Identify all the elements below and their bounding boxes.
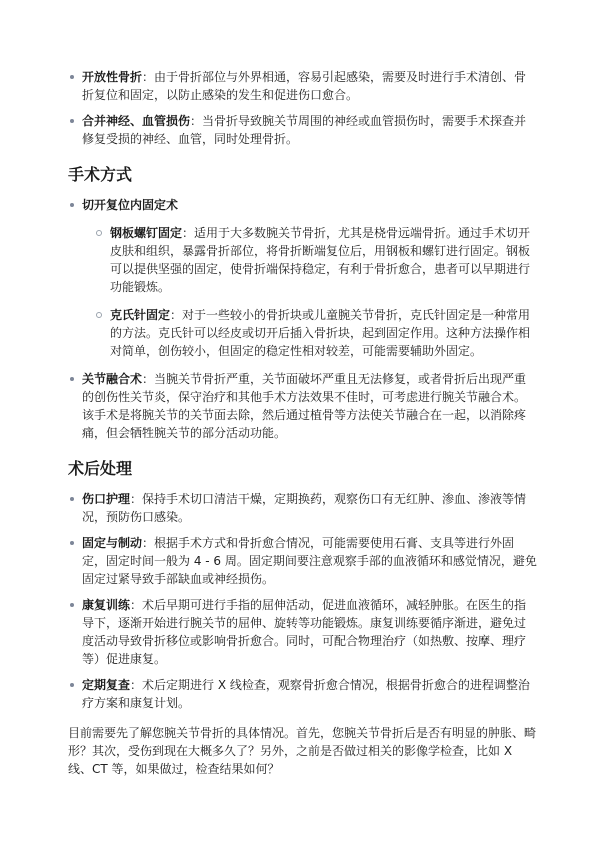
item-term: 克氏针固定 xyxy=(110,308,170,322)
bullet-dot-icon xyxy=(70,541,74,545)
bullet-dot-icon xyxy=(70,683,74,687)
item-term: 定期复查 xyxy=(82,678,130,692)
section-heading-surgical-methods: 手术方式 xyxy=(68,164,537,186)
section-heading-postop-care: 术后处理 xyxy=(68,458,537,480)
closing-paragraph: 目前需要先了解您腕关节骨折的具体情况。首先，您腕关节骨折后是否有明显的肿胀、畸形… xyxy=(68,724,537,778)
bullet-circle-icon xyxy=(96,312,102,318)
list-item-text: 伤口护理：保持手术切口清洁干燥，定期换药，观察伤口有无红肿、渗血、渗液等情况，预… xyxy=(82,492,526,524)
list-item-nerve-vessel-injury: 合并神经、血管损伤：当骨折导致腕关节周围的神经或血管损伤时，需要手术探查并修复受… xyxy=(68,112,537,148)
surgical-methods-list: 切开复位内固定术 钢板螺钉固定：适用于大多数腕关节骨折，尤其是桡骨远端骨折。通过… xyxy=(68,196,537,442)
list-item-rehabilitation: 康复训练：术后早期可进行手指的屈伸活动，促进血液循环，减轻肿胀。在医生的指导下，… xyxy=(68,596,537,668)
item-term: 切开复位内固定术 xyxy=(82,198,178,212)
item-term: 关节融合术 xyxy=(82,372,142,386)
list-item-text: 钢板螺钉固定：适用于大多数腕关节骨折，尤其是桡骨远端骨折。通过手术切开皮肤和组织… xyxy=(110,226,530,294)
item-description: ：由于骨折部位与外界相通，容易引起感染，需要及时进行手术清创、骨折复位和固定，以… xyxy=(82,70,526,102)
list-item-text: 定期复查：术后定期进行 X 线检查，观察骨折愈合情况，根据骨折愈合的进程调整治疗… xyxy=(82,678,530,710)
list-item-follow-up: 定期复查：术后定期进行 X 线检查，观察骨折愈合情况，根据骨折愈合的进程调整治疗… xyxy=(68,676,537,712)
item-description: ：术后早期可进行手指的屈伸活动，促进血液循环，减轻肿胀。在医生的指导下，逐渐开始… xyxy=(82,598,526,666)
intro-list: 开放性骨折：由于骨折部位与外界相通，容易引起感染，需要及时进行手术清创、骨折复位… xyxy=(68,68,537,148)
list-item-text: 固定与制动：根据手术方式和骨折愈合情况，可能需要使用石膏、支具等进行外固定，固定… xyxy=(82,536,537,586)
list-item-text: 关节融合术：当腕关节骨折严重，关节面破坏严重且无法修复，或者骨折后出现严重的创伤… xyxy=(82,372,526,440)
item-term: 伤口护理 xyxy=(82,492,130,506)
document-page: 开放性骨折：由于骨折部位与外界相通，容易引起感染，需要及时进行手术清创、骨折复位… xyxy=(0,0,595,778)
item-term: 合并神经、血管损伤 xyxy=(82,114,190,128)
item-description: ：保持手术切口清洁干燥，定期换药，观察伤口有无红肿、渗血、渗液等情况，预防伤口感… xyxy=(82,492,526,524)
bullet-dot-icon xyxy=(70,377,74,381)
list-item-orif: 切开复位内固定术 钢板螺钉固定：适用于大多数腕关节骨折，尤其是桡骨远端骨折。通过… xyxy=(68,196,537,360)
list-item-k-wire: 克氏针固定：对于一些较小的骨折块或儿童腕关节骨折，克氏针固定是一种常用的方法。克… xyxy=(95,306,537,360)
bullet-dot-icon xyxy=(70,75,74,79)
list-item-text: 切开复位内固定术 xyxy=(82,198,178,212)
list-item-wound-care: 伤口护理：保持手术切口清洁干燥，定期换药，观察伤口有无红肿、渗血、渗液等情况，预… xyxy=(68,490,537,526)
list-item-arthrodesis: 关节融合术：当腕关节骨折严重，关节面破坏严重且无法修复，或者骨折后出现严重的创伤… xyxy=(68,370,537,442)
item-description: ：根据手术方式和骨折愈合情况，可能需要使用石膏、支具等进行外固定，固定时间一般为… xyxy=(82,536,537,586)
bullet-dot-icon xyxy=(70,603,74,607)
list-item-text: 克氏针固定：对于一些较小的骨折块或儿童腕关节骨折，克氏针固定是一种常用的方法。克… xyxy=(110,308,530,358)
item-description: ：对于一些较小的骨折块或儿童腕关节骨折，克氏针固定是一种常用的方法。克氏针可以经… xyxy=(110,308,530,358)
bullet-circle-icon xyxy=(96,230,102,236)
list-item-text: 合并神经、血管损伤：当骨折导致腕关节周围的神经或血管损伤时，需要手术探查并修复受… xyxy=(82,114,526,146)
list-item-immobilization: 固定与制动：根据手术方式和骨折愈合情况，可能需要使用石膏、支具等进行外固定，固定… xyxy=(68,534,537,588)
list-item-plate-screw: 钢板螺钉固定：适用于大多数腕关节骨折，尤其是桡骨远端骨折。通过手术切开皮肤和组织… xyxy=(95,224,537,296)
list-item-text: 开放性骨折：由于骨折部位与外界相通，容易引起感染，需要及时进行手术清创、骨折复位… xyxy=(82,70,526,102)
bullet-dot-icon xyxy=(70,497,74,501)
bullet-dot-icon xyxy=(70,119,74,123)
item-description: ：当腕关节骨折严重，关节面破坏严重且无法修复，或者骨折后出现严重的创伤性关节炎，… xyxy=(82,372,526,440)
postop-care-list: 伤口护理：保持手术切口清洁干燥，定期换药，观察伤口有无红肿、渗血、渗液等情况，预… xyxy=(68,490,537,712)
orif-sub-list: 钢板螺钉固定：适用于大多数腕关节骨折，尤其是桡骨远端骨折。通过手术切开皮肤和组织… xyxy=(95,224,537,360)
item-term: 钢板螺钉固定 xyxy=(110,226,182,240)
item-term: 开放性骨折 xyxy=(82,70,142,84)
list-item-open-fracture: 开放性骨折：由于骨折部位与外界相通，容易引起感染，需要及时进行手术清创、骨折复位… xyxy=(68,68,537,104)
list-item-text: 康复训练：术后早期可进行手指的屈伸活动，促进血液循环，减轻肿胀。在医生的指导下，… xyxy=(82,598,526,666)
item-term: 康复训练 xyxy=(82,598,130,612)
item-description: ：术后定期进行 X 线检查，观察骨折愈合情况，根据骨折愈合的进程调整治疗方案和康… xyxy=(82,678,530,710)
item-term: 固定与制动 xyxy=(82,536,142,550)
bullet-dot-icon xyxy=(70,203,74,207)
